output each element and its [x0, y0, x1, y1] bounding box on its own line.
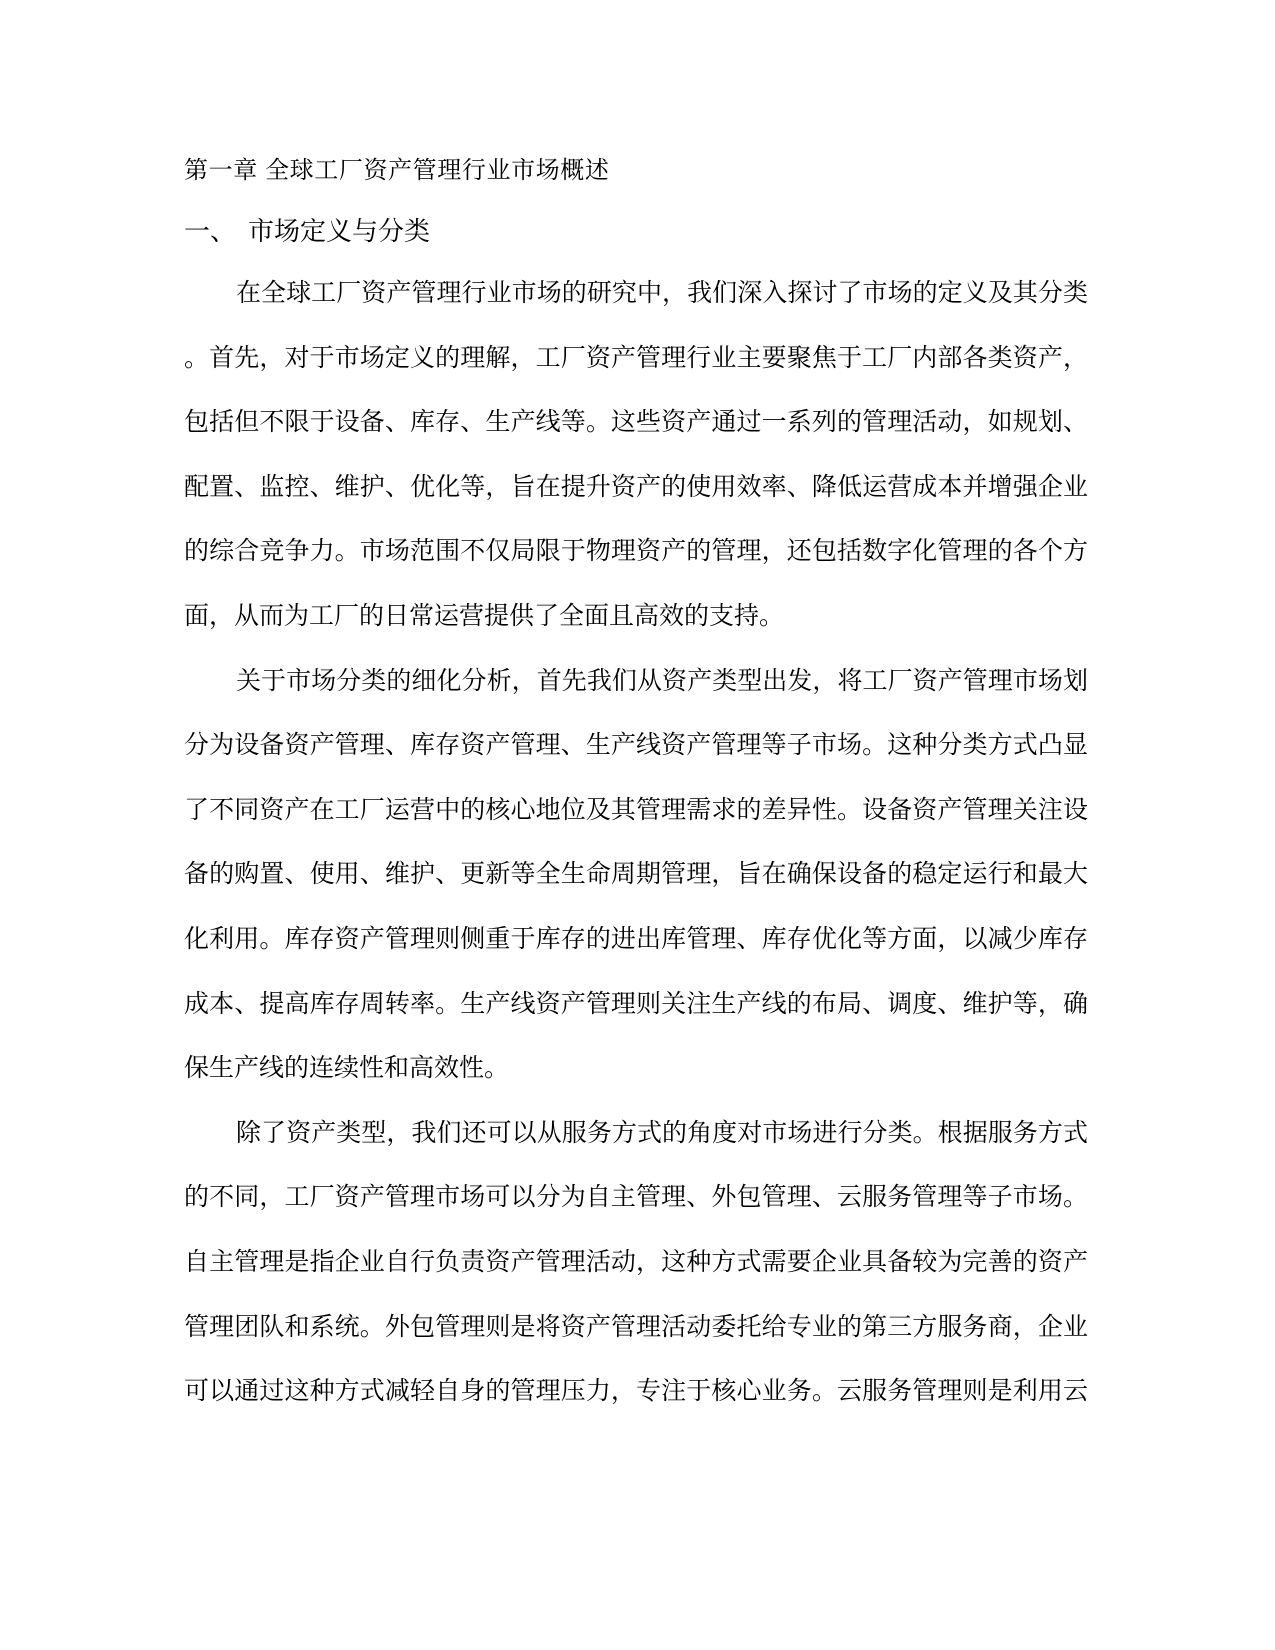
section-heading: 一、市场定义与分类	[184, 201, 1088, 261]
text-line: 管理团队和系统。外包管理则是将资产管理活动委托给专业的第三方服务商，企业	[184, 1295, 1088, 1360]
text-line: 除了资产类型，我们还可以从服务方式的角度对市场进行分类。根据服务方式	[184, 1101, 1088, 1166]
text-line: 关于市场分类的细化分析，首先我们从资产类型出发，将工厂资产管理市场划	[184, 649, 1088, 714]
text-line: 备的购置、使用、维护、更新等全生命周期管理，旨在确保设备的稳定运行和最大	[184, 842, 1088, 907]
paragraph: 除了资产类型，我们还可以从服务方式的角度对市场进行分类。根据服务方式的不同，工厂…	[184, 1101, 1088, 1424]
section-title: 市场定义与分类	[248, 216, 430, 246]
text-line: 的不同，工厂资产管理市场可以分为自主管理、外包管理、云服务管理等子市场。	[184, 1165, 1088, 1230]
text-line: 了不同资产在工厂运营中的核心地位及其管理需求的差异性。设备资产管理关注设	[184, 778, 1088, 843]
paragraph: 在全球工厂资产管理行业市场的研究中，我们深入探讨了市场的定义及其分类。首先，对于…	[184, 261, 1088, 649]
text-line: 面，从而为工厂的日常运营提供了全面且高效的支持。	[184, 584, 1088, 649]
text-line: 分为设备资产管理、库存资产管理、生产线资产管理等子市场。这种分类方式凸显	[184, 713, 1088, 778]
body-paragraphs: 在全球工厂资产管理行业市场的研究中，我们深入探讨了市场的定义及其分类。首先，对于…	[184, 261, 1088, 1424]
text-line: 的综合竞争力。市场范围不仅局限于物理资产的管理，还包括数字化管理的各个方	[184, 519, 1088, 584]
text-line: 化利用。库存资产管理则侧重于库存的进出库管理、库存优化等方面，以减少库存	[184, 907, 1088, 972]
text-line: 包括但不限于设备、库存、生产线等。这些资产通过一系列的管理活动，如规划、	[184, 390, 1088, 455]
text-line: 可以通过这种方式减轻自身的管理压力，专注于核心业务。云服务管理则是利用云	[184, 1359, 1088, 1424]
chapter-title: 第一章 全球工厂资产管理行业市场概述	[184, 141, 1088, 201]
text-line: 在全球工厂资产管理行业市场的研究中，我们深入探讨了市场的定义及其分类	[184, 261, 1088, 326]
text-line: 保生产线的连续性和高效性。	[184, 1036, 1088, 1101]
page-content: 第一章 全球工厂资产管理行业市场概述 一、市场定义与分类 在全球工厂资产管理行业…	[184, 141, 1088, 1424]
text-line: 。首先，对于市场定义的理解，工厂资产管理行业主要聚焦于工厂内部各类资产，	[184, 326, 1088, 391]
document-page: 第一章 全球工厂资产管理行业市场概述 一、市场定义与分类 在全球工厂资产管理行业…	[0, 0, 1275, 1650]
section-number: 一、	[184, 216, 236, 246]
text-line: 成本、提高库存周转率。生产线资产管理则关注生产线的布局、调度、维护等，确	[184, 972, 1088, 1037]
paragraph: 关于市场分类的细化分析，首先我们从资产类型出发，将工厂资产管理市场划分为设备资产…	[184, 649, 1088, 1101]
text-line: 自主管理是指企业自行负责资产管理活动，这种方式需要企业具备较为完善的资产	[184, 1230, 1088, 1295]
text-line: 配置、监控、维护、优化等，旨在提升资产的使用效率、降低运营成本并增强企业	[184, 455, 1088, 520]
